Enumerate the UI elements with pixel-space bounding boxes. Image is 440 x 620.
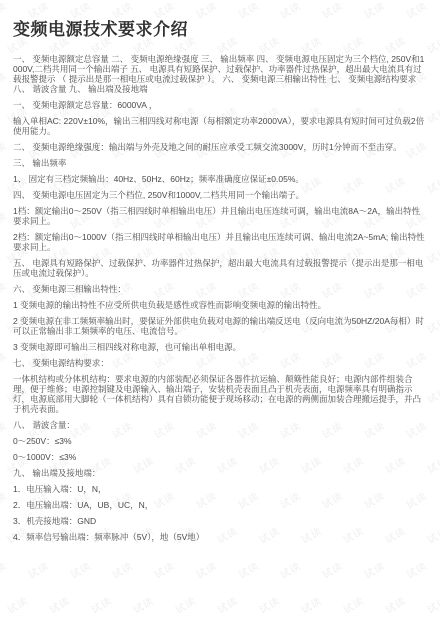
- section-6-item-2: 2 变频电源在非工频频率输出时，要保证外部供电负载对电源的输出端反送电（反向电流…: [13, 316, 427, 336]
- section-2-insulation: 二、 变频电源绝缘强度：输出端与外壳及地之间的耐压应承受工频交流3000V，历时…: [13, 142, 427, 152]
- watermark-text: 试读: [0, 558, 9, 582]
- section-4-range-1: 1档：额定输出0～250V（指三相四线时单相输出电压）并且输出电压连续可调，输出…: [13, 206, 427, 226]
- section-7-heading: 七、 变频电源结构要求：: [13, 358, 427, 368]
- watermark-text: 试读: [25, 558, 52, 582]
- section-6-heading: 六、 变频电源三相输出特性：: [13, 284, 427, 294]
- section-1-body: 输入单相AC: 220V±10%，输出三相四线对称电源（每相额定功率2000VA…: [13, 116, 427, 136]
- section-3-item-1: 1、 固定有三档定频输出：40Hz、50Hz、60Hz；频率准确度应保证±0.0…: [13, 174, 427, 184]
- watermark-text: 试读: [130, 593, 157, 617]
- watermark-text: 试读: [235, 558, 262, 582]
- watermark-text: 试读: [340, 593, 367, 617]
- section-6-item-3: 3 变频电源即可输出三相四线对称电源，也可输出单相电源。: [13, 342, 427, 352]
- section-4-heading: 四、 变频电源电压固定为三个档位, 250V和1000V,二档共用同一个输出端子…: [13, 190, 427, 200]
- watermark-text: 试读: [4, 593, 31, 617]
- toc-summary-paragraph: 一、 变频电源额定总容量 二、 变频电源绝缘强度 三、 输出频率 四、 变频电源…: [13, 54, 427, 94]
- watermark-text: 试读: [46, 593, 73, 617]
- document-page: 变频电源技术要求介绍 一、 变频电源额定总容量 二、 变频电源绝缘强度 三、 输…: [0, 0, 440, 542]
- section-9-item-2: 2．电压输出端：UA，UB，UC，N，: [13, 500, 427, 510]
- watermark-text: 试读: [151, 558, 178, 582]
- watermark-text: 试读: [88, 593, 115, 617]
- watermark-text: 试读: [67, 558, 94, 582]
- watermark-text: 试读: [109, 558, 136, 582]
- watermark-text: 试读: [193, 558, 220, 582]
- section-7-body: 一体机结构或分体机结构：要求电源的内部装配必须保证各器件抗运输、颠簸性能良好；电…: [13, 374, 427, 414]
- watermark-text: 试读: [319, 558, 346, 582]
- watermark-text: 试读: [424, 593, 440, 617]
- section-9-item-4: 4．频率信号输出端：频率脉冲（5V），地（5V地）: [13, 532, 427, 542]
- page-title: 变频电源技术要求介绍: [13, 15, 427, 40]
- watermark-text: 试读: [256, 593, 283, 617]
- section-9-item-3: 3．机壳接地端：GND: [13, 516, 427, 526]
- watermark-text: 试读: [277, 558, 304, 582]
- section-3-heading: 三、 输出频率: [13, 158, 427, 168]
- watermark-text: 试读: [361, 558, 388, 582]
- section-4-range-2: 2档：额定输出0～1000V（指三相四线时单相输出电压）并且输出电压连续可调、输…: [13, 232, 427, 252]
- section-6-item-1: 1 变频电源的输出特性不应受所供电负载是感性或容性而影响变频电源的输出特性。: [13, 300, 427, 310]
- section-8-item-2: 0～1000V：≤3%: [13, 452, 427, 462]
- watermark-text: 试读: [403, 558, 430, 582]
- section-5-protection: 五、 电源具有短路保护、过载保护、功率器件过热保护，超出最大电流具有过载报警提示…: [13, 258, 427, 278]
- section-9-heading: 九、 输出端及接地端：: [13, 468, 427, 478]
- section-1-heading: 一、 变频电源额定总容量：6000VA ，: [13, 100, 427, 110]
- watermark-text: 试读: [298, 593, 325, 617]
- watermark-text: 试读: [382, 593, 409, 617]
- watermark-text: 试读: [214, 593, 241, 617]
- section-9-item-1: 1．电压输入端：U，N，: [13, 484, 427, 494]
- section-8-heading: 八、 谐波含量：: [13, 420, 427, 430]
- section-8-item-1: 0～250V：≤3%: [13, 436, 427, 446]
- watermark-text: 试读: [172, 593, 199, 617]
